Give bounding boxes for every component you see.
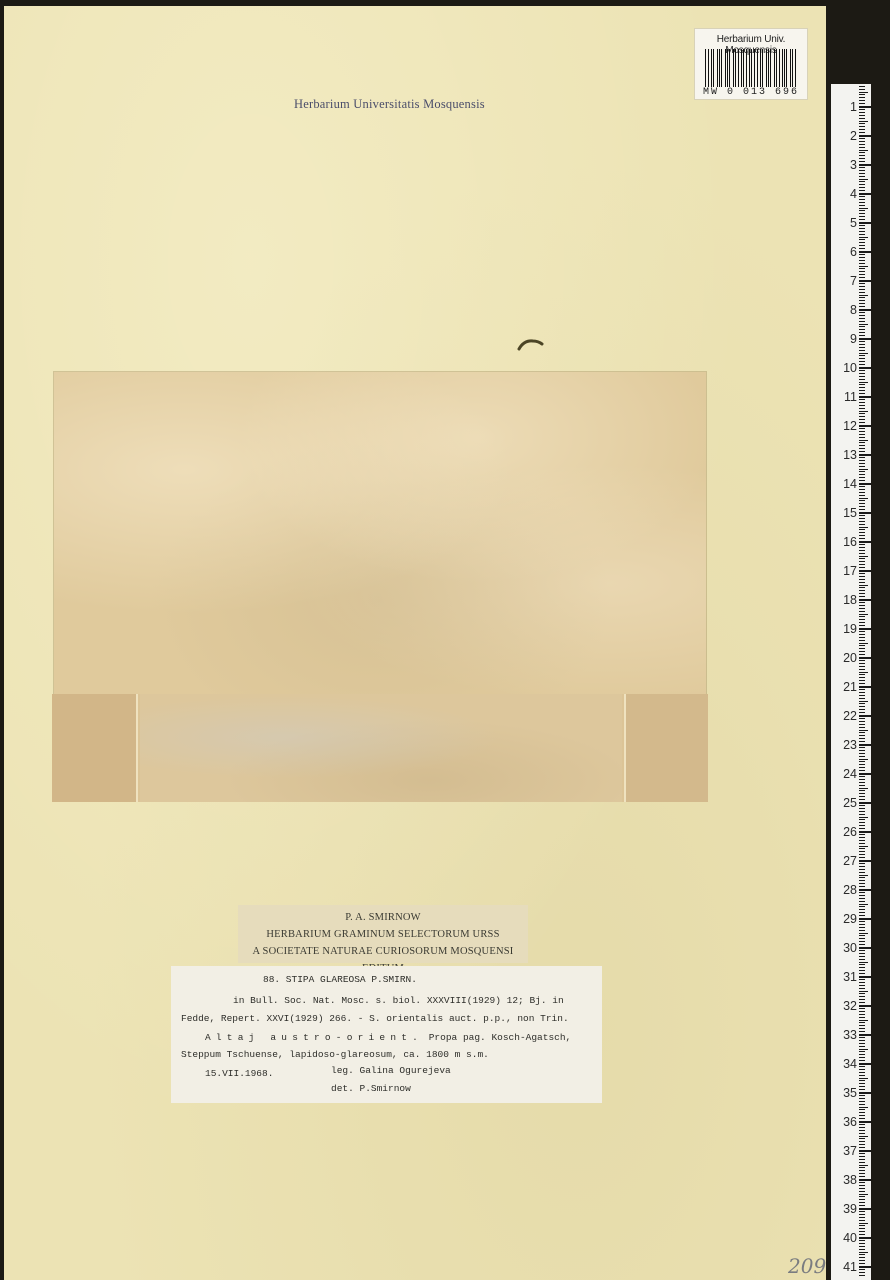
ruler-tick [859,86,865,87]
ruler-tick [859,953,865,954]
ruler-tick [859,616,865,617]
ruler-tick [859,416,865,417]
ruler-tick [859,1121,871,1123]
ruler-tick [859,1078,868,1079]
ruler-tick [859,611,865,612]
ruler-tick [859,556,868,557]
ruler-tick [859,457,865,458]
ruler-label: 38 [843,1173,857,1187]
ruler-tick [859,260,865,261]
ruler-tick [859,135,871,137]
ruler-tick [859,558,865,559]
ruler-tick [859,680,865,681]
ruler-tick [859,112,865,113]
ruler-tick [859,138,865,139]
ruler-tick [859,1269,865,1270]
ruler-label: 32 [843,999,857,1013]
ruler-tick [859,666,865,667]
ruler-tick [859,222,871,224]
ruler-tick [859,843,865,844]
ruler-tick [859,335,865,336]
ruler-tick [859,332,865,333]
envelope-flap[interactable] [54,372,706,697]
ruler-tick [859,350,865,351]
ruler-label: 18 [843,593,857,607]
ruler-tick [859,761,865,762]
ruler-tick [859,199,865,200]
ruler-tick [859,1272,865,1273]
ruler-label: 22 [843,709,857,723]
ruler-tick [859,802,871,804]
ruler-tick [859,573,865,574]
ruler-tick [859,695,865,696]
ruler-tick [859,324,868,325]
ruler-tick [859,170,865,171]
ruler-tick [859,875,868,876]
ruler-tick [859,370,865,371]
ruler-tick [859,1112,865,1113]
reference-line-1: in Bull. Soc. Nat. Mosc. s. biol. XXXVII… [233,995,564,1006]
ruler-tick [859,872,865,873]
ruler-label: 30 [843,941,857,955]
ruler-label: 34 [843,1057,857,1071]
ruler-tick [859,1141,865,1142]
ruler-tick [859,445,865,446]
ruler-tick [859,376,865,377]
ruler-tick [859,94,865,95]
ruler-tick [859,860,871,862]
ruler-tick [859,788,868,789]
ruler-tick [859,152,865,153]
ruler-tick [859,141,865,142]
ruler-tick [859,387,865,388]
ruler-tick [859,118,865,119]
ruler-tick [859,1127,865,1128]
ruler-tick [859,442,865,443]
ruler-tick [859,1049,868,1050]
ruler-label: 5 [850,216,857,230]
ruler-tick [859,474,865,475]
ruler-label: 12 [843,419,857,433]
ruler-tick [859,895,865,896]
ruler-tick [859,880,865,881]
ruler-tick [859,179,868,180]
ruler-tick [859,306,865,307]
ruler-tick [859,718,865,719]
ruler-tick [859,242,865,243]
ruler-tick [859,344,865,345]
ruler-tick [859,1220,865,1221]
ruler-tick [859,814,865,815]
ruler-tick [859,1037,865,1038]
ruler-tick [859,202,865,203]
ruler-tick [859,1254,865,1255]
ruler-tick [859,1234,865,1235]
ruler-tick [859,1223,868,1224]
ruler-tick [859,631,865,632]
ruler-tick [859,286,865,287]
ruler-tick [859,1194,868,1195]
ruler-tick [859,996,865,997]
ruler-tick [859,918,871,920]
ruler-label: 21 [843,680,857,694]
ruler-tick [859,1182,865,1183]
ruler-tick [859,1130,865,1131]
ruler-tick [859,477,865,478]
ruler-tick [859,1008,865,1009]
ruler-tick [859,463,865,464]
ruler-tick [859,271,865,272]
ruler-tick [859,643,868,644]
ruler-tick [859,956,865,957]
ruler-tick [859,1104,865,1105]
ruler-tick [859,663,865,664]
ruler-tick [859,396,871,398]
ruler-tick [859,454,871,456]
ruler-tick [859,854,865,855]
ruler-tick [859,773,871,775]
specimen-envelope[interactable] [48,366,708,806]
cm-ruler: 1234567891011121314151617181920212223242… [831,84,871,1280]
ruler-tick [859,129,865,130]
ruler-tick [859,1249,865,1250]
ruler-label: 8 [850,303,857,317]
ruler-tick [859,962,868,963]
ruler-tick [859,1022,865,1023]
ruler-tick [859,779,865,780]
ruler-tick [859,576,865,577]
ruler-tick [859,750,865,751]
ruler-tick [859,1020,868,1021]
ruler-tick [859,840,865,841]
ruler-tick [859,527,868,528]
envelope-middle [140,694,622,802]
ruler-tick [859,991,868,992]
ruler-tick [859,1060,865,1061]
ruler-tick [859,147,865,148]
ruler-tick [859,1228,865,1229]
ruler-tick [859,657,871,659]
ruler-tick [859,512,871,514]
ruler-tick [859,1002,865,1003]
collection-header-label: P. A. SMIRNOW HERBARIUM GRAMINUM SELECTO… [238,905,528,963]
ruler-tick [859,585,868,586]
ruler-label: 7 [850,274,857,288]
ruler-tick [859,567,865,568]
ruler-tick [859,196,865,197]
locality-line-1: Altaj austro-orient. Propa pag. Kosch-Ag… [205,1032,571,1043]
ruler-tick [859,277,865,278]
ruler-tick [859,973,865,974]
ruler-tick [859,382,868,383]
ruler-tick [859,121,868,122]
ruler-tick [859,1191,865,1192]
ruler-tick [859,921,865,922]
ruler-tick [859,379,865,380]
ruler-tick [859,608,865,609]
collection-date: 15.VII.1968. [205,1068,273,1079]
ruler-tick [859,1165,868,1166]
ruler-tick [859,231,865,232]
ruler-tick [859,605,865,606]
ruler-tick [859,1017,865,1018]
ruler-tick [859,793,865,794]
ruler-tick [859,1196,865,1197]
ruler-tick [859,776,865,777]
ruler-tick [859,753,865,754]
ruler-tick [859,123,865,124]
ruler-tick [859,619,865,620]
ruler-tick [859,1173,865,1174]
ruler-tick [859,561,865,562]
ruler-tick [859,834,865,835]
barcode-label: Herbarium Univ. Mosquensis MW 0 013 696 [694,28,808,100]
ruler-tick [859,480,865,481]
ruler-tick [859,1266,871,1268]
ruler-tick [859,1063,871,1065]
ruler-label: 23 [843,738,857,752]
ruler-tick [859,1237,871,1239]
ruler-tick [859,1205,865,1206]
ruler-tick [859,303,865,304]
ruler-tick [859,1066,865,1067]
ruler-tick [859,1176,865,1177]
ruler-label: 25 [843,796,857,810]
ruler-tick [859,181,865,182]
ruler-tick [859,193,871,195]
ruler-tick [859,1211,865,1212]
ruler-tick [859,495,865,496]
ruler-tick [859,846,868,847]
ruler-tick [859,924,865,925]
ruler-tick [859,672,868,673]
ruler-tick [859,837,865,838]
ruler-tick [859,599,871,601]
specimen-label: 88. STIPA GLAREOSA P.SMIRN. in Bull. Soc… [171,966,602,1103]
ruler-tick [859,1124,865,1125]
reference-line-2: Fedde, Repert. XXVI(1929) 266. - S. orie… [181,1013,569,1024]
ruler-tick [859,437,865,438]
ruler-tick [859,947,871,949]
ruler-tick [859,1257,865,1258]
ruler-tick [859,698,865,699]
ruler-tick [859,593,865,594]
ruler-tick [859,309,871,311]
ruler-tick [859,811,865,812]
ruler-tick [859,532,865,533]
ruler-tick [859,822,865,823]
ruler-tick [859,660,865,661]
ruler-tick [859,935,865,936]
ruler-tick [859,283,865,284]
envelope-side-fold-right [624,694,708,802]
locality-detail: Propa pag. Kosch-Agatsch, [423,1032,571,1043]
ruler-tick [859,1086,865,1087]
ruler-tick [859,1040,865,1041]
ruler-tick [859,338,871,340]
ruler-tick [859,1147,865,1148]
ruler-tick [859,515,865,516]
ruler-tick [859,405,865,406]
ruler-label: 6 [850,245,857,259]
ruler-tick [859,1162,865,1163]
ruler-tick [859,988,865,989]
barcode-number: MW 0 013 696 [695,87,807,98]
ruler-tick [859,158,865,159]
ruler-tick [859,1246,865,1247]
ruler-tick [859,1107,868,1108]
ruler-tick [859,466,865,467]
ruler-tick [859,863,865,864]
ruler-tick [859,596,865,597]
envelope-pocket [52,694,708,802]
ruler-tick [859,106,871,108]
ruler-tick [859,857,865,858]
ruler-label: 41 [843,1260,857,1274]
ruler-tick [859,402,865,403]
ruler-tick [859,521,865,522]
ruler-tick [859,1202,865,1203]
ruler-tick [859,254,865,255]
ruler-tick [859,1188,865,1189]
ruler-label: 26 [843,825,857,839]
ruler-tick [859,518,865,519]
ruler-label: 37 [843,1144,857,1158]
ruler-tick [859,411,868,412]
ruler-label: 15 [843,506,857,520]
sheet-number: 209 [788,1254,826,1278]
ruler-tick [859,419,865,420]
ruler-tick [859,1025,865,1026]
ruler-tick [859,683,865,684]
ruler-tick [859,434,865,435]
ruler-tick [859,669,865,670]
ruler-tick [859,1159,865,1160]
ruler-label: 20 [843,651,857,665]
ruler-tick [859,889,871,891]
ruler-tick [859,909,865,910]
ruler-tick [859,1199,865,1200]
institution-stamp: Herbarium Universitatis Mosquensis [294,97,485,112]
ruler-tick [859,503,865,504]
ruler-tick [859,1275,865,1276]
ruler-tick [859,703,865,704]
ruler-tick [859,1075,865,1076]
ruler-tick [859,225,865,226]
ruler-tick [859,976,871,978]
ruler-tick [859,938,865,939]
ruler-tick [859,1034,871,1036]
ruler-tick [859,289,865,290]
ruler-label: 10 [843,361,857,375]
ruler-tick [859,869,865,870]
ruler-tick [859,210,865,211]
ruler-tick [859,959,865,960]
ruler-tick [859,1028,865,1029]
ruler-tick [859,347,865,348]
ruler-tick [859,234,865,235]
ruler-tick [859,628,871,630]
ruler-tick [859,756,865,757]
ruler-tick [859,448,865,449]
ruler-tick [859,321,865,322]
ruler-tick [859,228,865,229]
ruler-tick [859,1208,871,1210]
ruler-tick [859,912,865,913]
ruler-tick [859,851,865,852]
ruler-tick [859,692,865,693]
ruler-tick [859,715,871,717]
ruler-tick [859,297,865,298]
ruler-tick [859,1252,868,1253]
ruler-tick [859,933,868,934]
determiner: det. P.Smirnow [331,1083,411,1094]
ruler-tick [859,602,865,603]
ruler-tick [859,817,868,818]
ruler-label: 35 [843,1086,857,1100]
ruler-tick [859,892,865,893]
ruler-tick [859,1225,865,1226]
ruler-tick [859,164,871,166]
ruler-label: 39 [843,1202,857,1216]
ruler-tick [859,431,865,432]
ruler-tick [859,1014,865,1015]
ruler-tick [859,828,865,829]
ruler-tick [859,329,865,330]
ruler-tick [859,1240,865,1241]
ruler-tick [859,645,865,646]
ruler-tick [859,208,868,209]
ruler-tick [859,979,865,980]
ruler-tick [859,173,865,174]
ruler-tick [859,492,865,493]
ruler-tick [859,292,865,293]
ruler-tick [859,677,865,678]
ruler-tick [859,318,865,319]
ruler-tick [859,326,865,327]
ruler-tick [859,848,865,849]
ruler-tick [859,500,865,501]
ruler-label: 9 [850,332,857,346]
ruler-tick [859,1231,865,1232]
ruler-tick [859,831,871,833]
ruler-tick [859,1133,865,1134]
ruler-tick [859,1092,871,1094]
ruler-tick [859,674,865,675]
ruler-tick [859,970,865,971]
ruler-tick [859,570,871,572]
ruler-label: 2 [850,129,857,143]
ruler-label: 24 [843,767,857,781]
ruler-tick [859,161,865,162]
ruler-tick [859,727,865,728]
ruler-tick [859,97,865,98]
ruler-tick [859,498,868,499]
ruler-tick [859,529,865,530]
ruler-tick [859,89,865,90]
ruler-label: 27 [843,854,857,868]
ruler-tick [859,460,865,461]
ruler-tick [859,248,865,249]
ruler-tick [859,1260,865,1261]
ruler-label: 11 [844,390,857,404]
ruler-tick [859,353,868,354]
ruler-tick [859,315,865,316]
ruler-tick [859,469,868,470]
ruler-tick [859,730,868,731]
herbarium-sheet: Herbarium Univ. Mosquensis MW 0 013 696 … [4,6,826,1280]
ruler-tick [859,790,865,791]
